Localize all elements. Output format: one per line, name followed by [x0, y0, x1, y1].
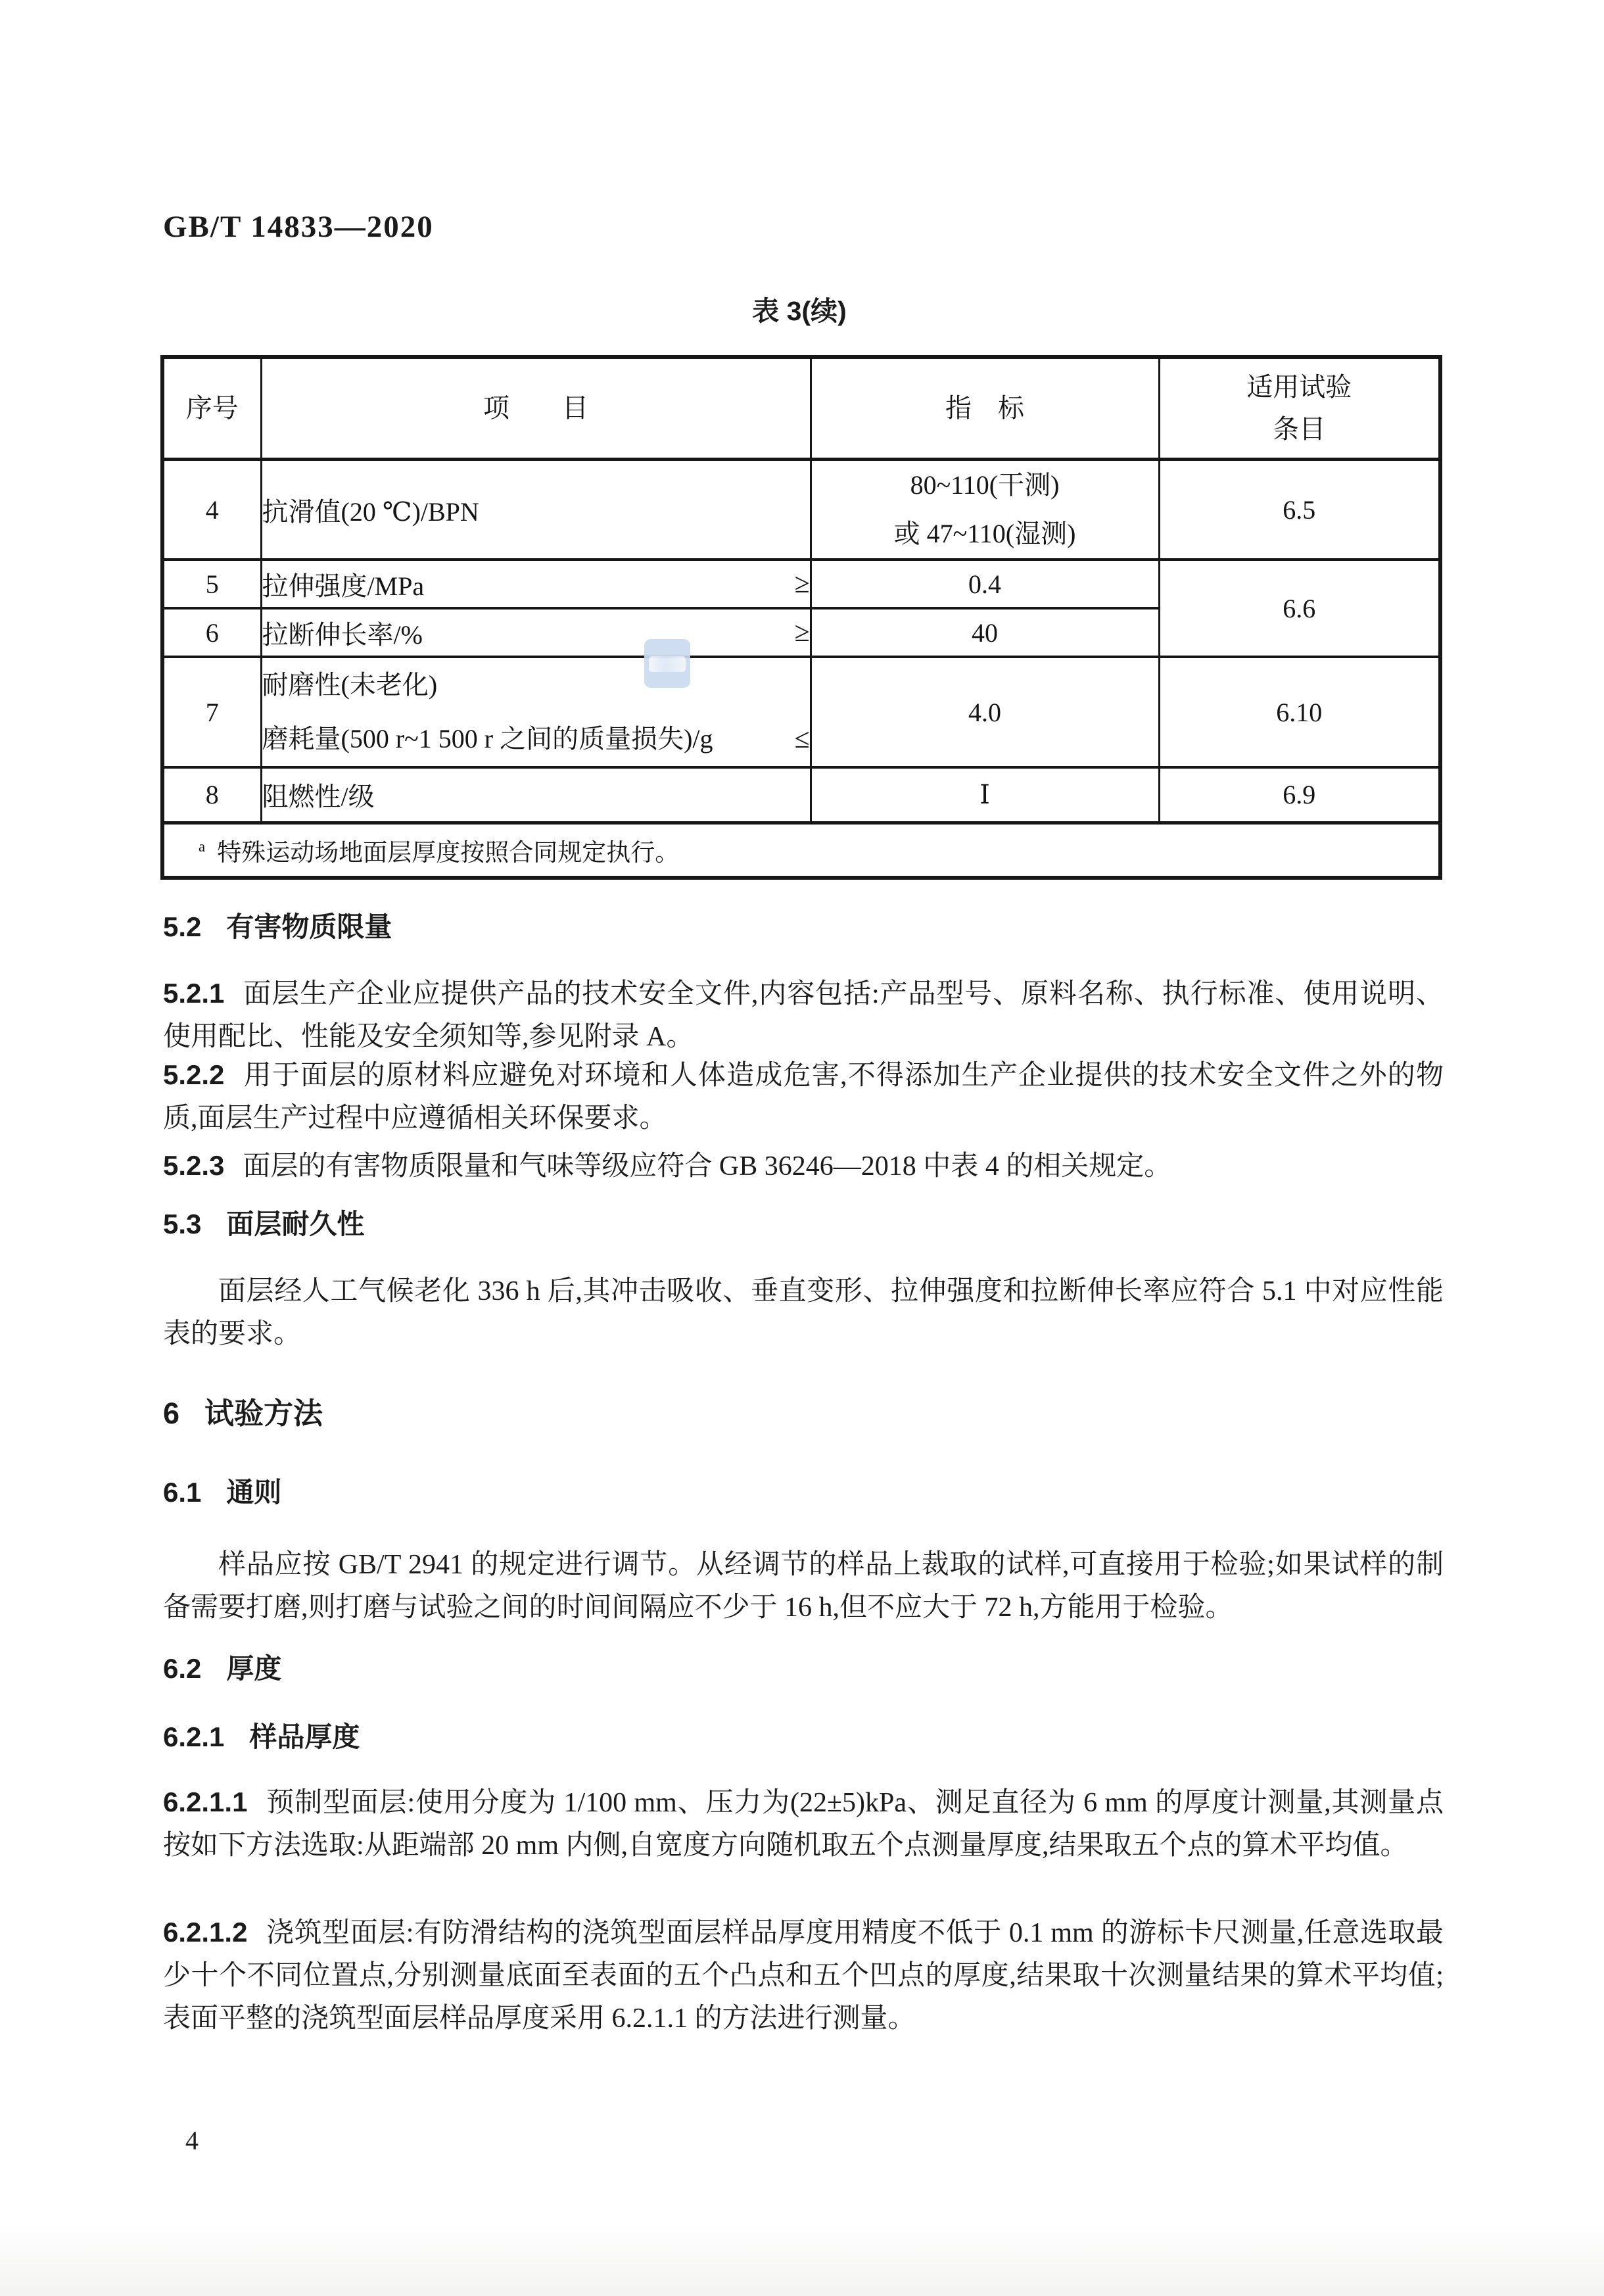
row7-item: 耐磨性(未老化) 磨耗量(500 r~1 500 r 之间的质量损失)/g ≤ [261, 657, 811, 767]
row7-comparator: ≤ [794, 712, 809, 766]
row7-item-line2: 磨耗量(500 r~1 500 r 之间的质量损失)/g [262, 712, 713, 766]
clause-6-2-1-1-text: 预制型面层:使用分度为 1/100 mm、压力为(22±5)kPa、测足直径为 … [163, 1788, 1444, 1861]
row4-indicator-line2: 或 47~110(湿测) [812, 510, 1158, 558]
row6-item: 拉断伸长率/% ≥ [261, 608, 811, 657]
heading-6-2-number: 6.2 [163, 1653, 201, 1684]
table-row-5: 5 拉伸强度/MPa ≥ 0.4 6.6 [162, 560, 1440, 608]
row4-item: 抗滑值(20 ℃)/BPN [261, 460, 811, 560]
viewer-watermark-stamp [644, 639, 690, 688]
col-header-item: 项 目 [261, 357, 811, 460]
row5-indicator: 0.4 [811, 560, 1159, 608]
footnote-text: 特殊运动场地面层厚度按照合同规定执行。 [217, 840, 679, 867]
row5-seq: 5 [162, 560, 261, 608]
paragraph-5-3: 面层经人工气候老化 336 h 后,其冲击吸收、垂直变形、拉伸强度和拉断伸长率应… [163, 1270, 1444, 1356]
heading-5-2: 5.2有害物质限量 [163, 909, 1444, 945]
row5-item: 拉伸强度/MPa ≥ [261, 560, 811, 608]
heading-6-number: 6 [163, 1397, 179, 1430]
row5-item-label: 拉伸强度/MPa [262, 565, 425, 603]
clause-6-2-1-1: 6.2.1.1预制型面层:使用分度为 1/100 mm、压力为(22±5)kPa… [163, 1781, 1444, 1867]
heading-6-1: 6.1通则 [163, 1474, 1444, 1511]
page-number: 4 [185, 2125, 199, 2156]
heading-6-2-1-number: 6.2.1 [163, 1721, 224, 1752]
row6-item-label: 拉断伸长率/% [262, 614, 423, 652]
col-header-clause: 适用试验 条目 [1159, 357, 1440, 460]
row6-indicator: 40 [811, 608, 1159, 657]
table-row-7: 7 耐磨性(未老化) 磨耗量(500 r~1 500 r 之间的质量损失)/g … [162, 657, 1440, 767]
row8-item: 阻燃性/级 [261, 767, 811, 823]
clause-5-2-2-text: 用于面层的原材料应避免对环境和人体造成危害,不得添加生产企业提供的技术安全文件之… [163, 1061, 1444, 1134]
row5-6-clause-merged: 6.6 [1159, 560, 1440, 657]
clause-5-2-3-text: 面层的有害物质限量和气味等级应符合 GB 36246—2018 中表 4 的相关… [243, 1151, 1171, 1182]
row6-seq: 6 [162, 608, 261, 657]
watermark-glyphs [649, 656, 686, 672]
heading-5-2-number: 5.2 [163, 911, 201, 942]
row8-clause: 6.9 [1159, 767, 1440, 823]
row8-indicator: Ⅰ [811, 767, 1159, 823]
spec-table: 序号 项 目 指 标 适用试验 条目 4 抗滑值(20 ℃)/BPN 80~11… [160, 355, 1442, 880]
clause-6-2-1-2: 6.2.1.2浇筑型面层:有防滑结构的浇筑型面层样品厚度用精度不低于 0.1 m… [163, 1911, 1444, 2040]
row4-indicator: 80~110(干测) 或 47~110(湿测) [811, 460, 1159, 560]
standard-number: GB/T 14833—2020 [163, 209, 434, 245]
clause-6-2-1-2-number: 6.2.1.2 [163, 1917, 247, 1948]
paragraph-6-1: 样品应按 GB/T 2941 的规定进行调节。从经调节的样品上裁取的试样,可直接… [163, 1544, 1444, 1629]
clause-5-2-3-number: 5.2.3 [163, 1150, 224, 1181]
heading-6-1-number: 6.1 [163, 1477, 201, 1508]
row4-indicator-line1: 80~110(干测) [812, 461, 1158, 510]
clause-5-2-2-number: 5.2.2 [163, 1059, 224, 1090]
row6-comparator: ≥ [794, 617, 809, 648]
heading-6-title: 试验方法 [204, 1397, 323, 1430]
heading-6-2: 6.2厚度 [163, 1650, 1444, 1687]
heading-6-2-1: 6.2.1样品厚度 [163, 1719, 1444, 1756]
table-row-4: 4 抗滑值(20 ℃)/BPN 80~110(干测) 或 47~110(湿测) … [162, 460, 1440, 560]
heading-5-3-title: 面层耐久性 [226, 1208, 364, 1239]
table-footnote: a特殊运动场地面层厚度按照合同规定执行。 [162, 823, 1440, 878]
table-footnote-row: a特殊运动场地面层厚度按照合同规定执行。 [162, 823, 1440, 878]
clause-6-2-1-2-text: 浇筑型面层:有防滑结构的浇筑型面层样品厚度用精度不低于 0.1 mm 的游标卡尺… [163, 1918, 1444, 2034]
clause-5-2-2: 5.2.2用于面层的原材料应避免对环境和人体造成危害,不得添加生产企业提供的技术… [163, 1053, 1444, 1140]
heading-5-3-number: 5.3 [163, 1208, 201, 1239]
clause-5-2-1-number: 5.2.1 [163, 978, 224, 1009]
heading-6-1-title: 通则 [226, 1477, 281, 1508]
row5-comparator: ≥ [794, 568, 809, 600]
clause-5-2-1-text: 面层生产企业应提供产品的技术安全文件,内容包括:产品型号、原料名称、执行标准、使… [163, 979, 1444, 1052]
col-header-indicator: 指 标 [811, 357, 1159, 460]
row7-clause: 6.10 [1159, 657, 1440, 767]
table-title: 表 3(续) [160, 289, 1438, 328]
heading-5-2-title: 有害物质限量 [226, 911, 392, 942]
document-page: GB/T 14833—2020 表 3(续) 序号 项 目 指 标 适用试验 条… [0, 0, 1604, 2296]
row8-seq: 8 [162, 767, 261, 823]
col-header-clause-line2: 条目 [1160, 408, 1439, 450]
clause-6-2-1-1-number: 6.2.1.1 [163, 1786, 247, 1817]
row4-seq: 4 [162, 460, 261, 560]
clause-5-2-3: 5.2.3面层的有害物质限量和气味等级应符合 GB 36246—2018 中表 … [163, 1144, 1444, 1188]
row7-indicator: 4.0 [811, 657, 1159, 767]
table-header-row: 序号 项 目 指 标 适用试验 条目 [162, 357, 1440, 460]
row7-seq: 7 [162, 657, 261, 767]
clause-5-2-1: 5.2.1面层生产企业应提供产品的技术安全文件,内容包括:产品型号、原料名称、执… [163, 972, 1444, 1059]
heading-6-2-1-title: 样品厚度 [249, 1721, 360, 1752]
heading-6: 6试验方法 [163, 1395, 1444, 1432]
heading-5-3: 5.3面层耐久性 [163, 1206, 1444, 1243]
row4-clause: 6.5 [1159, 460, 1440, 560]
col-header-seq: 序号 [162, 357, 261, 460]
table-row-8: 8 阻燃性/级 Ⅰ 6.9 [162, 767, 1440, 823]
footnote-superscript: a [199, 838, 205, 855]
col-header-clause-line1: 适用试验 [1160, 366, 1439, 408]
row7-item-line1: 耐磨性(未老化) [262, 658, 810, 712]
heading-6-2-title: 厚度 [226, 1653, 281, 1684]
